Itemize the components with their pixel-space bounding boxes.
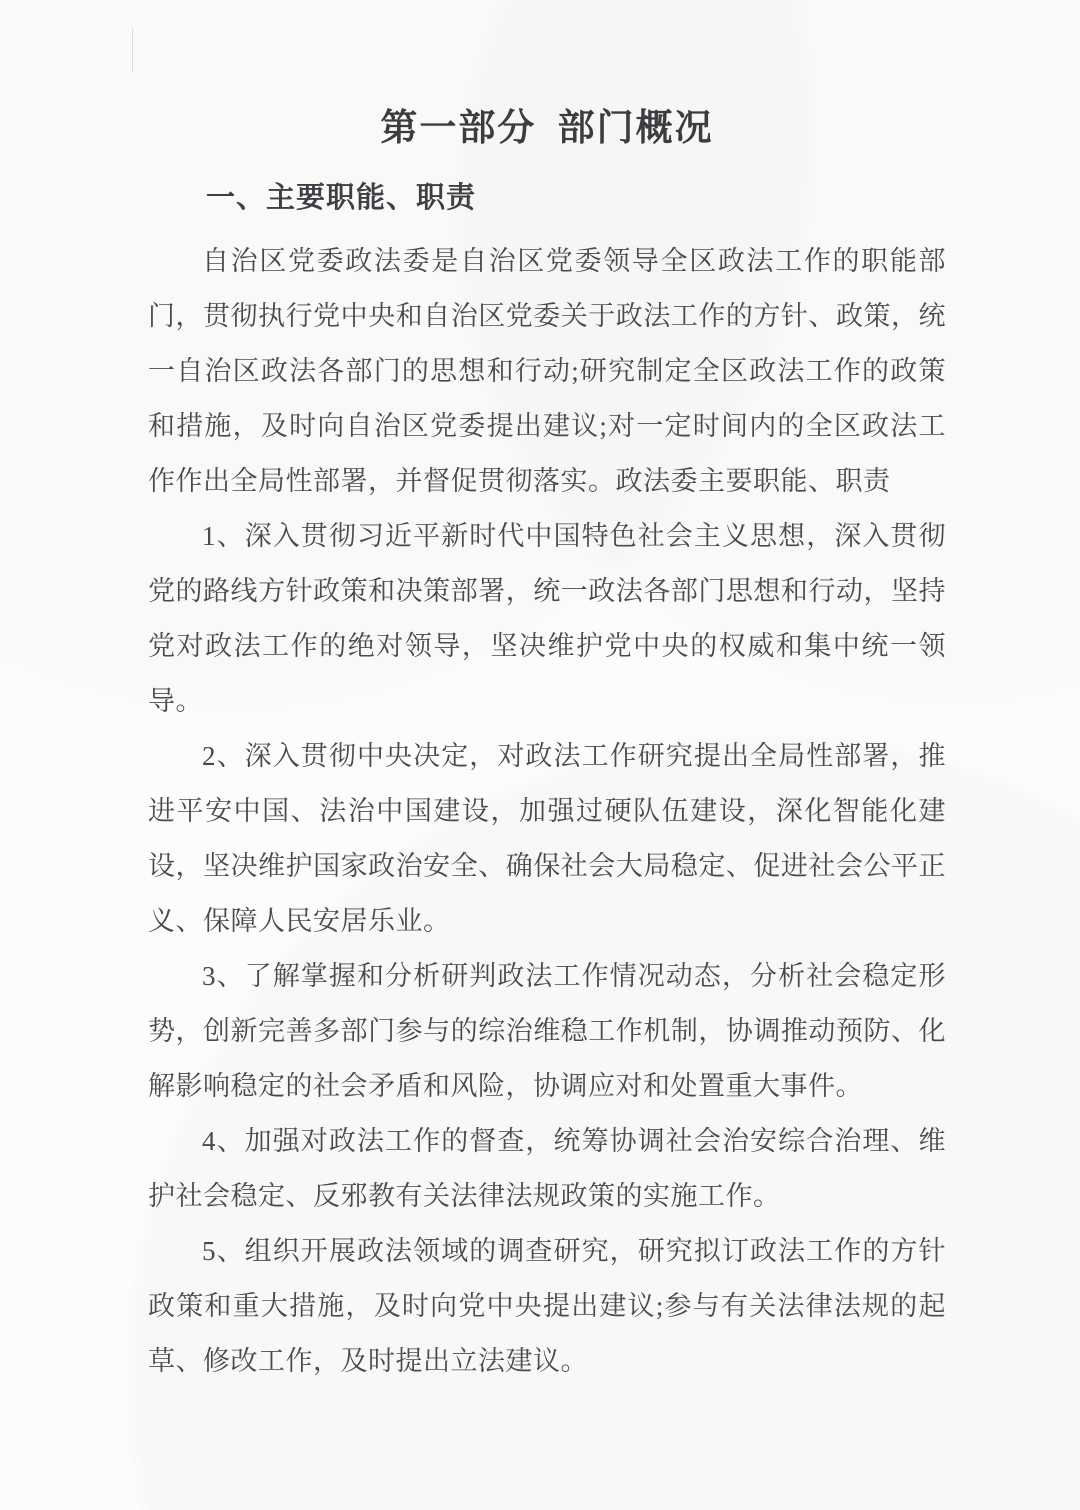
document-title: 第一部分 部门概况: [148, 106, 946, 152]
section-heading: 一、主要职能、职责: [148, 176, 946, 220]
paragraph-duty-1: 1、深入贯彻习近平新时代中国特色社会主义思想，深入贯彻党的路线方针政策和决策部署…: [148, 509, 946, 729]
paragraph-duty-5: 5、组织开展政法领域的调查研究，研究拟订政法工作的方针政策和重大措施，及时向党中…: [148, 1224, 946, 1389]
paragraph-duty-2: 2、深入贯彻中央决定，对政法工作研究提出全局性部署，推进平安中国、法治中国建设，…: [148, 729, 946, 949]
paragraph-duty-4: 4、加强对政法工作的督查，统筹协调社会治安综合治理、维护社会稳定、反邪教有关法律…: [148, 1114, 946, 1224]
paragraph-duty-3: 3、了解掌握和分析研判政法工作情况动态，分析社会稳定形势，创新完善多部门参与的综…: [148, 949, 946, 1114]
scanned-document-page: 第一部分 部门概况 一、主要职能、职责 自治区党委政法委是自治区党委领导全区政法…: [0, 0, 1080, 1510]
paragraph-overview: 自治区党委政法委是自治区党委领导全区政法工作的职能部门，贯彻执行党中央和自治区党…: [148, 234, 946, 509]
document-content: 第一部分 部门概况 一、主要职能、职责 自治区党委政法委是自治区党委领导全区政法…: [0, 0, 1080, 1389]
scan-line-artifact: [132, 28, 133, 72]
